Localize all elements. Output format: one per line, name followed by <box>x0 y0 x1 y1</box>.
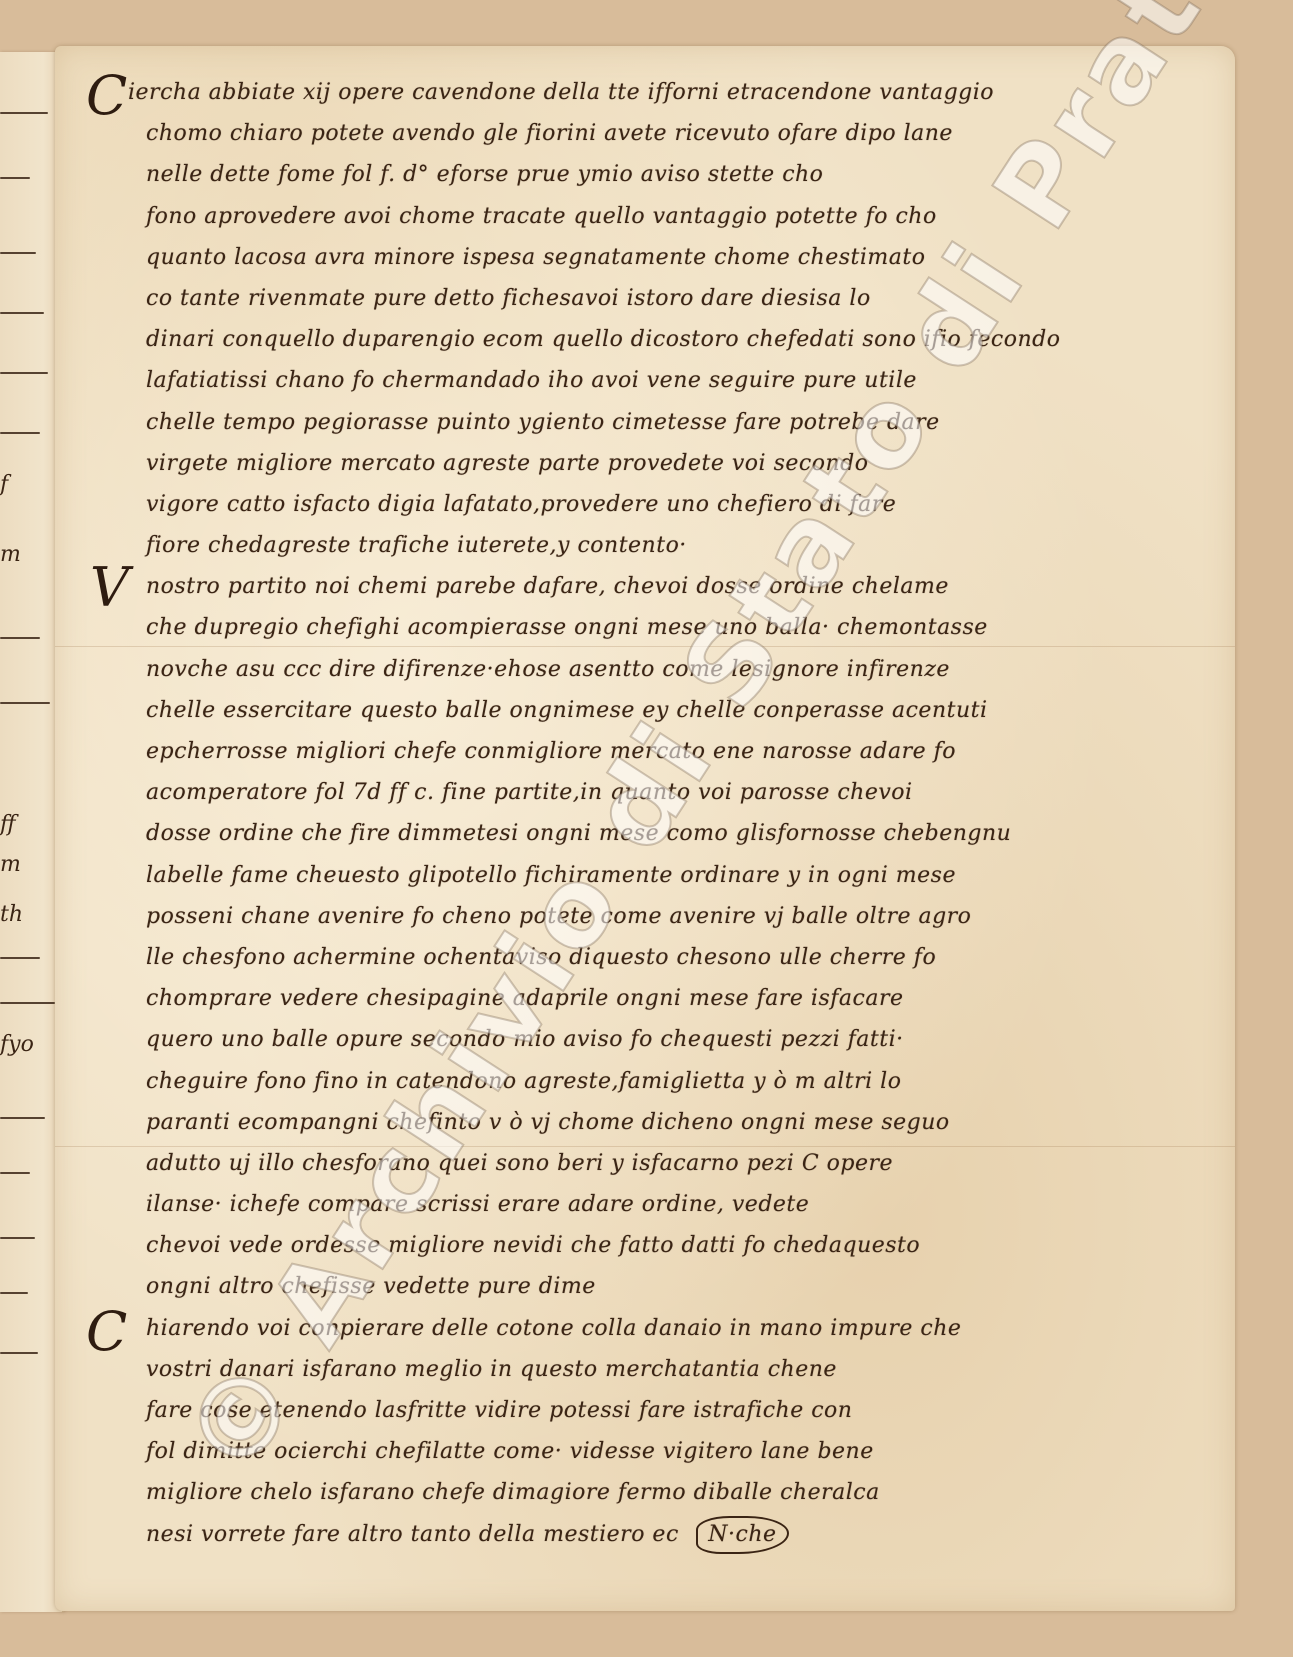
closing-text: nesi vorrete fare altro tanto della mest… <box>146 1522 679 1547</box>
ink-stroke <box>0 1002 55 1004</box>
text-line: nostro partito noi chemi parebe dafare, … <box>98 566 1178 607</box>
text-line: quero uno balle opure secondo mio aviso … <box>98 1019 1178 1060</box>
text-line: chelle essercitare questo balle ongnimes… <box>98 690 1178 731</box>
text-line: dosse ordine che fire dimmetesi ongni me… <box>98 813 1178 854</box>
text-line: fol dimitte ocierchi chefilatte come· vi… <box>98 1431 1178 1472</box>
left-fragment-text: fyo <box>0 1032 34 1057</box>
left-fragment-text: th <box>0 902 23 927</box>
text-line: che dupregio chefighi acompierasse ongni… <box>98 607 1178 648</box>
paragraph-2: V nostro partito noi chemi parebe dafare… <box>98 566 1178 1307</box>
letter-body: C iercha abbiate xij opere cavendone del… <box>98 72 1178 1555</box>
ink-stroke <box>0 112 48 114</box>
text-line: ongni altro chefisse vedette pure dime <box>98 1266 1178 1307</box>
ink-stroke <box>0 312 44 314</box>
signature-mark: N·che <box>696 1516 788 1554</box>
ink-stroke <box>0 1352 38 1354</box>
text-line: co tante rivenmate pure detto fichesavoi… <box>98 278 1178 319</box>
left-fragment-text: m <box>0 542 21 567</box>
text-line: ilanse· ichefe compare scrissi erare ada… <box>98 1184 1178 1225</box>
ink-stroke <box>0 637 40 639</box>
text-line: fiore chedagreste trafiche iuterete,y co… <box>98 525 1178 566</box>
left-fragment-text: f <box>0 472 8 497</box>
text-line: epcherrosse migliori chefe conmigliore m… <box>98 731 1178 772</box>
text-line: posseni chane avenire fo cheno potete co… <box>98 896 1178 937</box>
text-line: labelle fame cheuesto glipotello fichira… <box>98 855 1178 896</box>
text-line: chelle tempo pegiorasse puinto ygiento c… <box>98 402 1178 443</box>
text-line: chevoi vede ordesse migliore nevidi che … <box>98 1225 1178 1266</box>
ink-stroke <box>0 702 50 704</box>
left-fragment-text: ff <box>0 812 16 837</box>
ink-stroke <box>0 957 40 959</box>
text-line: vigore catto isfacto digia lafatato,prov… <box>98 484 1178 525</box>
text-line: acomperatore fol 7d ff c. fine partite,i… <box>98 772 1178 813</box>
ink-stroke <box>0 1237 35 1239</box>
text-line: cheguire fono fino in catendono agreste,… <box>98 1061 1178 1102</box>
paragraph-3: C hiarendo voi conpierare delle cotone c… <box>98 1308 1178 1555</box>
text-line: paranti ecompangni chefinto v ò vj chome… <box>98 1102 1178 1143</box>
text-line: lle chesfono achermine ochentaviso dique… <box>98 937 1178 978</box>
paragraph-1: C iercha abbiate xij opere cavendone del… <box>98 72 1178 566</box>
ink-stroke <box>0 372 48 374</box>
text-line: novche asu ccc dire difirenze·ehose asen… <box>98 649 1178 690</box>
text-line: lafatiatissi chano fo chermandado iho av… <box>98 360 1178 401</box>
ink-stroke <box>0 432 40 434</box>
text-line: chomprare vedere chesipagine adaprile on… <box>98 978 1178 1019</box>
ink-stroke <box>0 177 30 179</box>
text-line: fono aprovedere avoi chome tracate quell… <box>98 196 1178 237</box>
ink-stroke <box>0 252 36 254</box>
text-line: fare cose etenendo lasfritte vidire pote… <box>98 1390 1178 1431</box>
text-line: virgete migliore mercato agreste parte p… <box>98 443 1178 484</box>
left-fragment-text: m <box>0 852 21 877</box>
ink-stroke <box>0 1117 45 1119</box>
text-line: hiarendo voi conpierare delle cotone col… <box>98 1308 1178 1349</box>
ink-stroke <box>0 1172 30 1174</box>
text-line: adutto uj illo chesforano quei sono beri… <box>98 1143 1178 1184</box>
text-line: quanto lacosa avra minore ispesa segnata… <box>98 237 1178 278</box>
text-line: vostri danari isfarano meglio in questo … <box>98 1349 1178 1390</box>
text-line: nelle dette fome fol f. d° eforse prue y… <box>98 154 1178 195</box>
text-line: nesi vorrete fare altro tanto della mest… <box>98 1514 1178 1555</box>
ink-stroke <box>0 1292 28 1294</box>
text-line: migliore chelo isfarano chefe dimagiore … <box>98 1472 1178 1513</box>
text-line: dinari conquello duparengio ecom quello … <box>98 319 1178 360</box>
text-line: chomo chiaro potete avendo gle fiorini a… <box>98 113 1178 154</box>
text-line: iercha abbiate xij opere cavendone della… <box>98 72 1178 113</box>
